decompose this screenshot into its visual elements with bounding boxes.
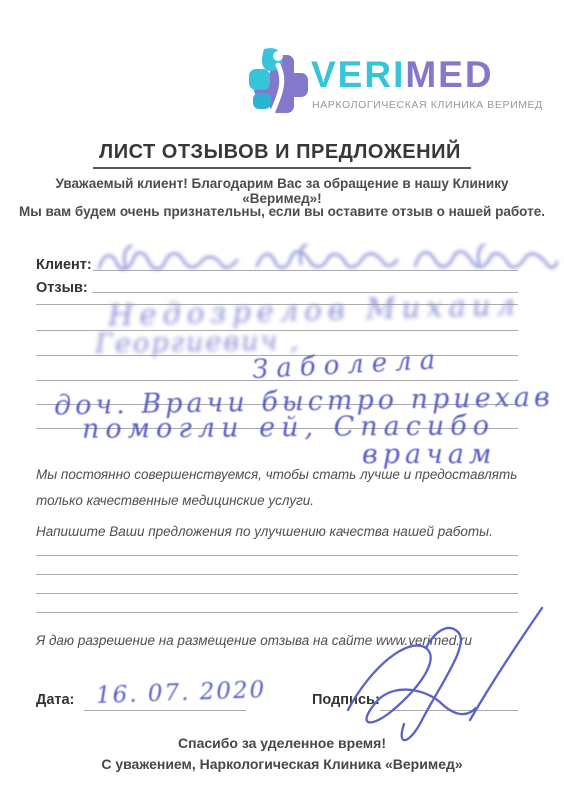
- brand-med: MED: [405, 54, 493, 95]
- date-line: [84, 710, 246, 711]
- suggestions-prompt: Напишите Ваши предложения по улучшению к…: [36, 519, 543, 545]
- form-title-row: ЛИСТ ОТЗЫВОВ И ПРЕДЛОЖЕНИЙ: [0, 141, 564, 169]
- intro-line-1: Уважаемый клиент! Благодарим Вас за обра…: [18, 176, 546, 206]
- brand-veri: VERI: [311, 54, 405, 95]
- ruled-line: [36, 593, 518, 594]
- date-label: Дата:: [36, 692, 74, 708]
- brand-wordmark: VERIMED: [311, 56, 494, 93]
- footer-thanks: Спасибо за уделенное время!: [0, 735, 564, 751]
- handwritten-date: 16. 07. 2020: [96, 679, 267, 708]
- intro-line-2: Мы вам будем очень признательны, если вы…: [18, 204, 546, 219]
- handwritten-review-line-1: Недозрелов Михаил: [108, 291, 522, 331]
- ruled-line: [36, 555, 518, 556]
- ruled-line: [36, 574, 518, 575]
- scanned-feedback-form: VERIMED НАРКОЛОГИЧЕСКАЯ КЛИНИКА ВЕРИМЕД …: [0, 0, 564, 800]
- handwritten-client-name-blurred: [95, 244, 560, 278]
- signature-scribble: [330, 598, 560, 753]
- footer-regards: С уважением, Наркологическая Клиника «Ве…: [0, 756, 564, 772]
- verimed-logo-cross-icon: [248, 47, 310, 117]
- brand-tagline: НАРКОЛОГИЧЕСКАЯ КЛИНИКА ВЕРИМЕД: [312, 99, 543, 111]
- form-title: ЛИСТ ОТЗЫВОВ И ПРЕДЛОЖЕНИЙ: [93, 141, 471, 169]
- review-label: Отзыв:: [36, 280, 88, 296]
- quality-note: Мы постоянно совершенствуемся, чтобы ста…: [36, 462, 543, 514]
- client-label: Клиент:: [36, 257, 92, 273]
